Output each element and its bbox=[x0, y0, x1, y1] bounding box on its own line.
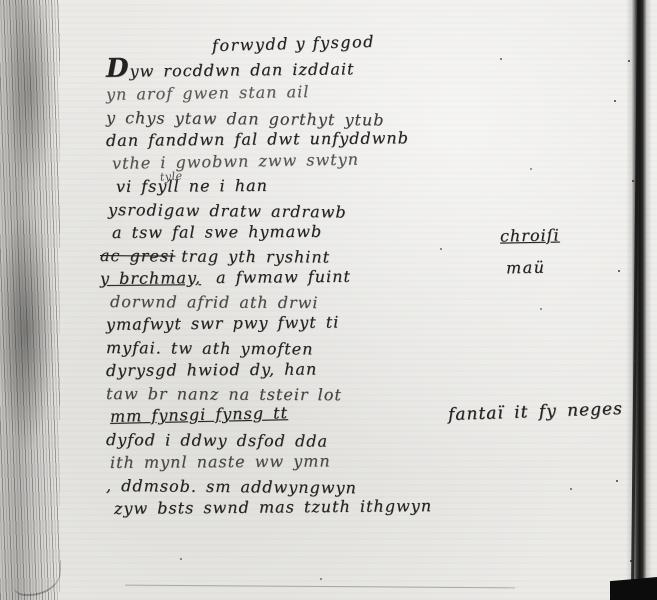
poem-line: yn arof gwen stan ail bbox=[100, 78, 460, 106]
page-edge-threads bbox=[626, 0, 652, 600]
poem-line: y brchmay, a fwmaw fuint bbox=[100, 264, 460, 290]
margin-note-mau: maü bbox=[506, 258, 546, 278]
margin-note-chroisi: chroiſi bbox=[500, 225, 560, 245]
book-binding-edge bbox=[0, 0, 60, 600]
poem-line: zyw bsts swnd mas tzuth ithgwyn bbox=[108, 494, 460, 520]
poem-line: a tsw fal swe hymawb bbox=[106, 219, 460, 244]
poem-line: dyrysgd hwiod dy, han bbox=[100, 356, 460, 382]
manuscript-photo: forwydd y fysgod Dyw rocddwn dan izddait… bbox=[0, 0, 657, 600]
poem-line: ymafwyt swr pwy fwyt ti bbox=[100, 309, 460, 336]
page-bottom-edge bbox=[125, 585, 515, 589]
poem-line: ith mynl naste ww ymn bbox=[104, 449, 460, 474]
margin-note-fantai: fantaï it fy neges bbox=[448, 399, 623, 425]
photo-corner-black-patch bbox=[610, 577, 657, 600]
interline-correction: tyle bbox=[160, 169, 184, 184]
paper-speckles bbox=[500, 58, 502, 60]
poem-text-block: Dyw rocddwn dan izddait yn arof gwen sta… bbox=[100, 58, 460, 520]
poem-title: forwydd y fysgod bbox=[212, 32, 375, 55]
